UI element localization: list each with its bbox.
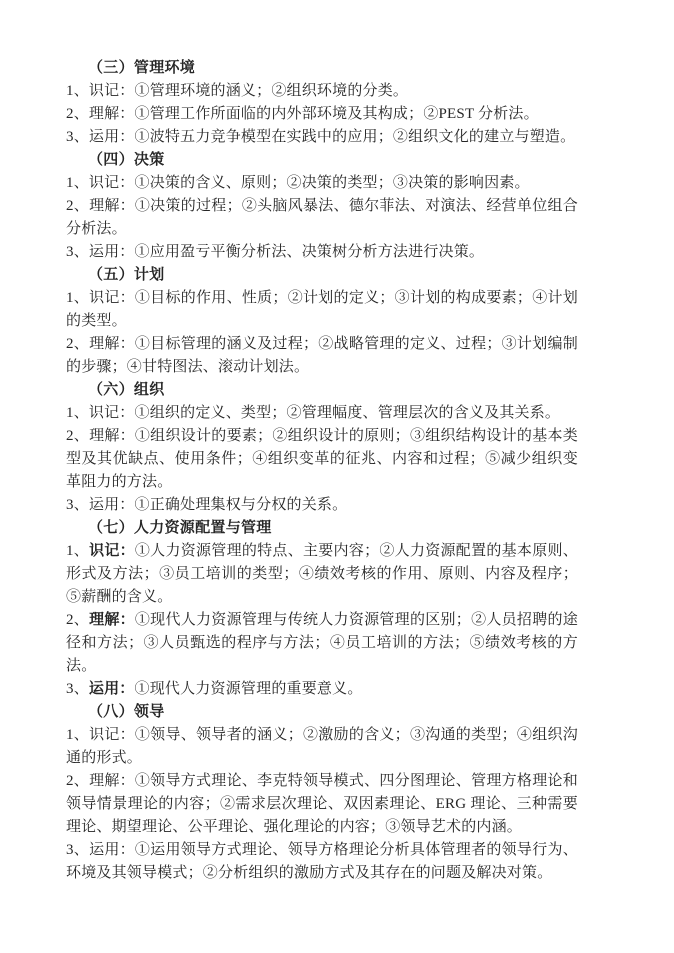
section-item: 1、识记：①目标的作用、性质；②计划的定义；③计划的构成要素；④计划的类型。 — [66, 287, 578, 333]
item-number: 1、 — [66, 405, 89, 421]
item-number: 2、 — [66, 106, 89, 122]
item-number: 3、 — [66, 842, 89, 858]
item-label: 识记： — [89, 405, 135, 421]
item-number: 1、 — [66, 290, 89, 306]
syllabus-section: （八）领导 1、识记：①领导、领导者的涵义；②激励的含义；③沟通的类型；④组织沟… — [66, 701, 578, 885]
document-page: （三）管理环境 1、识记：①管理环境的涵义；②组织环境的分类。 2、理解：①管理… — [0, 0, 674, 953]
item-number: 1、 — [66, 727, 89, 743]
section-heading: （七）人力资源配置与管理 — [66, 517, 578, 540]
item-label: 识记： — [89, 543, 135, 559]
item-text: ①目标的作用、性质；②计划的定义；③计划的构成要素；④计划的类型。 — [66, 290, 578, 329]
item-label: 理解： — [89, 428, 135, 444]
item-label: 理解： — [89, 773, 135, 789]
section-heading: （四）决策 — [66, 149, 578, 172]
section-item: 3、运用：①现代人力资源管理的重要意义。 — [66, 678, 578, 701]
document-content: （三）管理环境 1、识记：①管理环境的涵义；②组织环境的分类。 2、理解：①管理… — [66, 57, 578, 885]
item-text: ①决策的过程；②头脑风暴法、德尔菲法、对演法、经营单位组合分析法。 — [66, 198, 578, 237]
item-number: 1、 — [66, 543, 89, 559]
item-number: 2、 — [66, 773, 89, 789]
item-text: ①运用领导方式理论、领导方格理论分析具体管理者的领导行为、环境及其领导模式；②分… — [66, 842, 578, 881]
item-number: 3、 — [66, 129, 89, 145]
section-item: 2、理解：①现代人力资源管理与传统人力资源管理的区别；②人员招聘的途径和方法；③… — [66, 609, 578, 678]
item-number: 2、 — [66, 336, 89, 352]
item-label: 运用： — [89, 497, 135, 513]
item-label: 理解： — [89, 336, 135, 352]
item-number: 1、 — [66, 175, 89, 191]
section-item: 3、运用：①正确处理集权与分权的关系。 — [66, 494, 578, 517]
item-label: 识记： — [89, 727, 135, 743]
section-item: 2、理解：①决策的过程；②头脑风暴法、德尔菲法、对演法、经营单位组合分析法。 — [66, 195, 578, 241]
item-label: 识记： — [89, 290, 135, 306]
section-item: 1、识记：①组织的定义、类型；②管理幅度、管理层次的含义及其关系。 — [66, 402, 578, 425]
section-item: 2、理解：①目标管理的涵义及过程；②战略管理的定义、过程；③计划编制的步骤；④甘… — [66, 333, 578, 379]
syllabus-section: （五）计划 1、识记：①目标的作用、性质；②计划的定义；③计划的构成要素；④计划… — [66, 264, 578, 379]
item-number: 3、 — [66, 497, 89, 513]
item-label: 运用： — [89, 681, 135, 697]
section-heading: （八）领导 — [66, 701, 578, 724]
syllabus-section: （三）管理环境 1、识记：①管理环境的涵义；②组织环境的分类。 2、理解：①管理… — [66, 57, 578, 149]
section-heading: （三）管理环境 — [66, 57, 578, 80]
item-label: 理解： — [89, 612, 135, 628]
item-number: 2、 — [66, 612, 89, 628]
section-item: 3、运用：①运用领导方式理论、领导方格理论分析具体管理者的领导行为、环境及其领导… — [66, 839, 578, 885]
item-label: 理解： — [89, 106, 135, 122]
item-label: 运用： — [89, 244, 135, 260]
item-label: 理解： — [89, 198, 135, 214]
item-number: 2、 — [66, 198, 89, 214]
item-label: 识记： — [89, 175, 135, 191]
item-number: 3、 — [66, 244, 89, 260]
item-number: 3、 — [66, 681, 89, 697]
item-text: ①现代人力资源管理与传统人力资源管理的区别；②人员招聘的途径和方法；③人员甄选的… — [66, 612, 578, 674]
section-heading: （五）计划 — [66, 264, 578, 287]
section-item: 1、识记：①管理环境的涵义；②组织环境的分类。 — [66, 80, 578, 103]
item-number: 1、 — [66, 83, 89, 99]
item-text: ①波特五力竞争模型在实践中的应用；②组织文化的建立与塑造。 — [135, 129, 576, 145]
item-text: ①正确处理集权与分权的关系。 — [135, 497, 348, 513]
item-text: ①应用盈亏平衡分析法、决策树分析方法进行决策。 — [135, 244, 485, 260]
item-number: 2、 — [66, 428, 89, 444]
section-item: 2、理解：①组织设计的要素；②组织设计的原则；③组织结构设计的基本类型及其优缺点… — [66, 425, 578, 494]
section-item: 2、理解：①管理工作所面临的内外部环境及其构成；②PEST 分析法。 — [66, 103, 578, 126]
item-label: 识记： — [89, 83, 135, 99]
item-text: ①组织的定义、类型；②管理幅度、管理层次的含义及其关系。 — [135, 405, 561, 421]
item-label: 运用： — [89, 842, 135, 858]
section-item: 3、运用：①波特五力竞争模型在实践中的应用；②组织文化的建立与塑造。 — [66, 126, 578, 149]
section-item: 1、识记：①决策的含义、原则；②决策的类型；③决策的影响因素。 — [66, 172, 578, 195]
item-text: ①决策的含义、原则；②决策的类型；③决策的影响因素。 — [135, 175, 530, 191]
section-item: 2、理解：①领导方式理论、李克特领导模式、四分图理论、管理方格理论和领导情景理论… — [66, 770, 578, 839]
item-text: ①人力资源管理的特点、主要内容；②人力资源配置的基本原则、形式及方法；③员工培训… — [66, 543, 578, 605]
item-text: ①领导、领导者的涵义；②激励的含义；③沟通的类型；④组织沟通的形式。 — [66, 727, 578, 766]
item-text: ①管理工作所面临的内外部环境及其构成；②PEST 分析法。 — [135, 106, 539, 122]
syllabus-section: （四）决策 1、识记：①决策的含义、原则；②决策的类型；③决策的影响因素。 2、… — [66, 149, 578, 264]
syllabus-section: （七）人力资源配置与管理 1、识记：①人力资源管理的特点、主要内容；②人力资源配… — [66, 517, 578, 701]
section-item: 3、运用：①应用盈亏平衡分析法、决策树分析方法进行决策。 — [66, 241, 578, 264]
item-text: ①现代人力资源管理的重要意义。 — [135, 681, 363, 697]
item-label: 运用： — [89, 129, 135, 145]
section-heading: （六）组织 — [66, 379, 578, 402]
syllabus-section: （六）组织 1、识记：①组织的定义、类型；②管理幅度、管理层次的含义及其关系。 … — [66, 379, 578, 517]
item-text: ①管理环境的涵义；②组织环境的分类。 — [135, 83, 409, 99]
item-text: ①领导方式理论、李克特领导模式、四分图理论、管理方格理论和领导情景理论的内容；②… — [66, 773, 578, 835]
section-item: 1、识记：①人力资源管理的特点、主要内容；②人力资源配置的基本原则、形式及方法；… — [66, 540, 578, 609]
item-text: ①组织设计的要素；②组织设计的原则；③组织结构设计的基本类型及其优缺点、使用条件… — [66, 428, 578, 490]
section-item: 1、识记：①领导、领导者的涵义；②激励的含义；③沟通的类型；④组织沟通的形式。 — [66, 724, 578, 770]
item-text: ①目标管理的涵义及过程；②战略管理的定义、过程；③计划编制的步骤；④甘特图法、滚… — [66, 336, 578, 375]
